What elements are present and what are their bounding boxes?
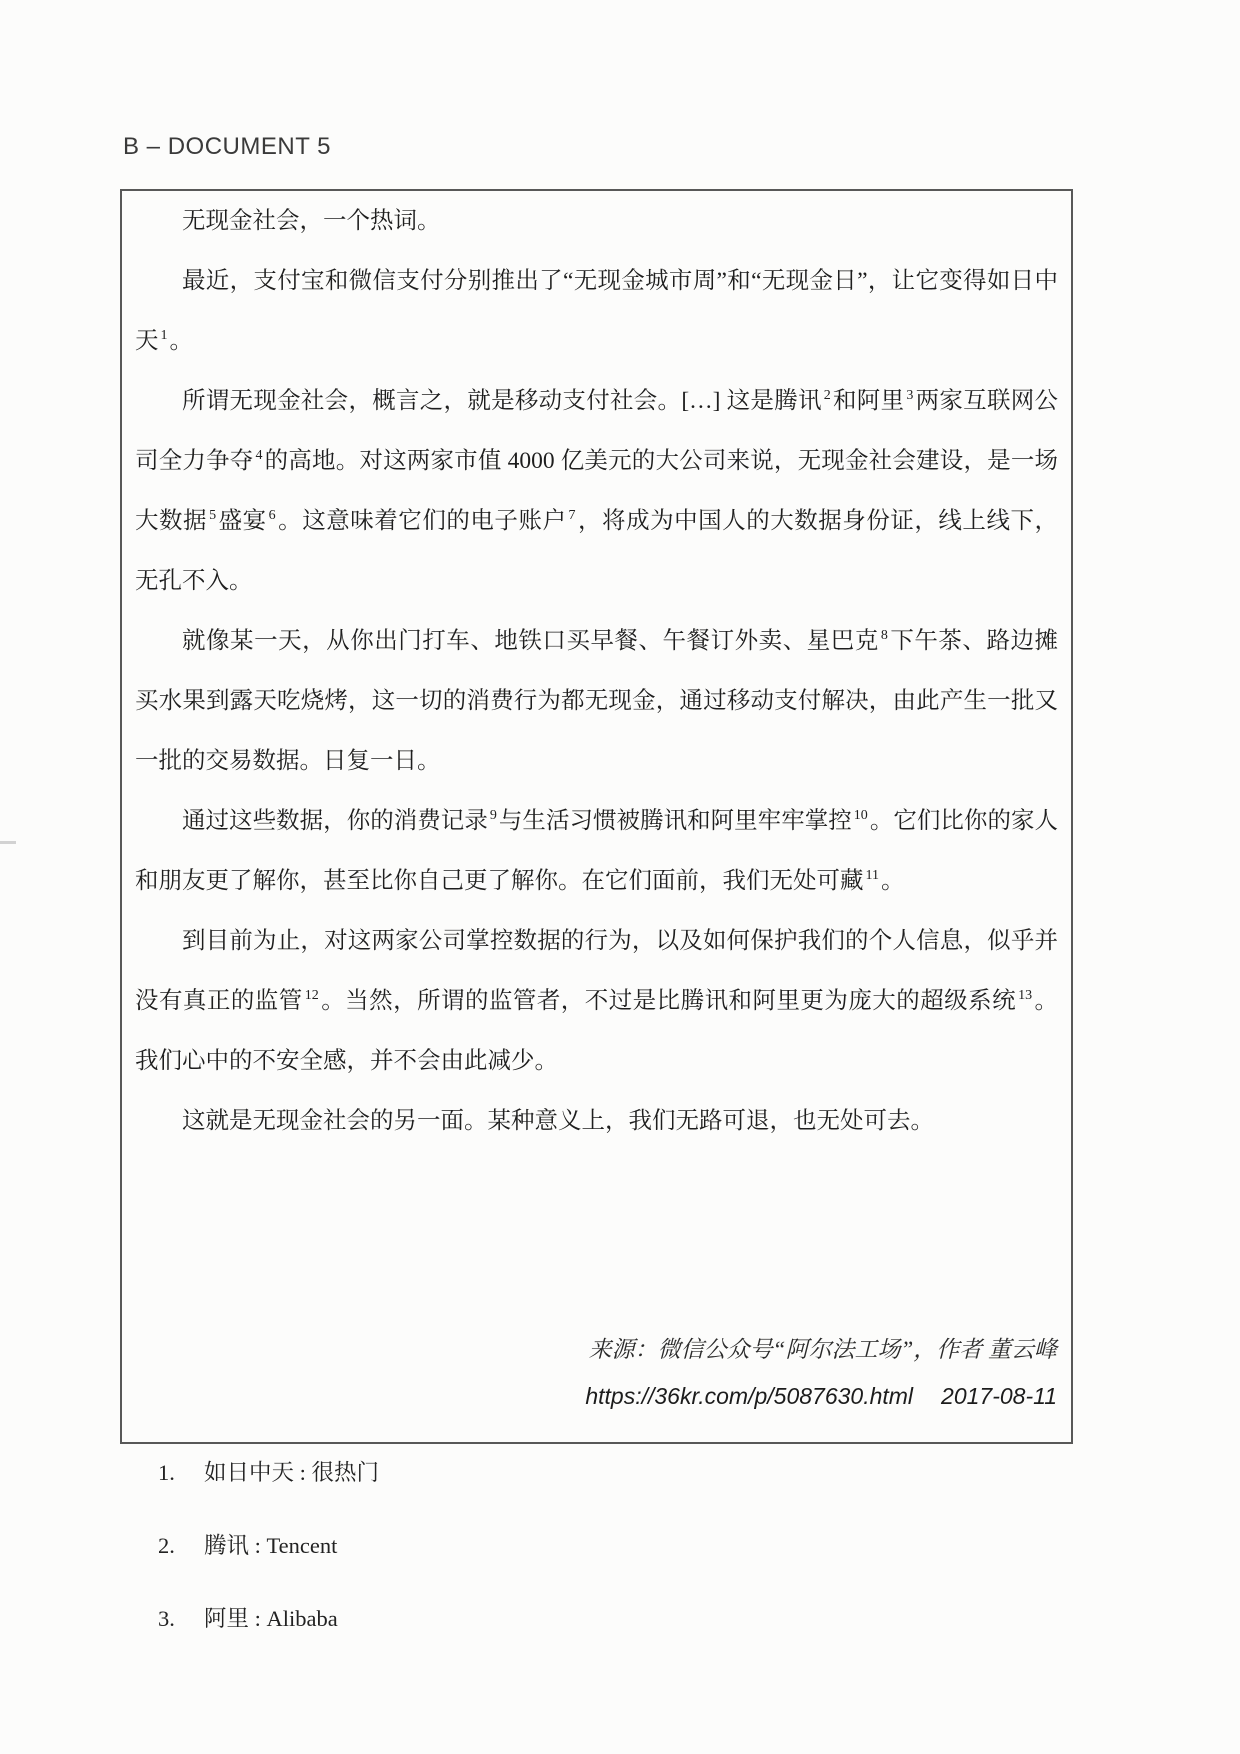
footnote-text: 如日中天 : 很热门: [204, 1460, 379, 1486]
footnote-number: 1.: [158, 1460, 204, 1486]
footnote-ref: 6: [269, 508, 276, 523]
footnote-item: 2.腾讯 : Tencent: [158, 1533, 379, 1559]
article-paragraph: 这就是无现金社会的另一面。某种意义上，我们无路可退，也无处可去。: [135, 1091, 1058, 1151]
article-paragraph: 最近，支付宝和微信支付分别推出了“无现金城市周”和“无现金日”，让它变得如日中天…: [135, 251, 1058, 371]
footnote-ref: 5: [209, 508, 216, 523]
footnote-ref: 1: [161, 328, 168, 343]
footnote-number: 2.: [158, 1533, 204, 1559]
footnote-ref: 7: [569, 508, 576, 523]
article-paragraph: 所谓无现金社会，概言之，就是移动支付社会。[…] 这是腾讯2和阿里3两家互联网公…: [135, 371, 1058, 611]
footnotes-list: 1.如日中天 : 很热门2.腾讯 : Tencent3.阿里 : Alibaba: [158, 1460, 379, 1679]
footnote-ref: 4: [255, 448, 262, 463]
source-attribution: 来源：微信公众号“阿尔法工场”，作者 董云峰: [585, 1326, 1057, 1373]
source-url: https://36kr.com/p/5087630.html: [585, 1383, 913, 1409]
article-box: 无现金社会，一个热词。最近，支付宝和微信支付分别推出了“无现金城市周”和“无现金…: [120, 189, 1073, 1444]
scan-artifact: [0, 841, 16, 844]
footnote-text: 腾讯 : Tencent: [204, 1533, 337, 1559]
article-paragraph: 通过这些数据，你的消费记录9与生活习惯被腾讯和阿里牢牢掌控10。它们比你的家人和…: [135, 791, 1058, 911]
footnote-number: 3.: [158, 1606, 204, 1632]
footnote-text: 阿里 : Alibaba: [204, 1606, 338, 1632]
article-paragraph: 无现金社会，一个热词。: [135, 191, 1058, 251]
document-title: B – DOCUMENT 5: [123, 133, 331, 161]
footnote-ref: 13: [1018, 988, 1032, 1003]
footnote-ref: 10: [854, 808, 868, 823]
source-url-line: https://36kr.com/p/5087630.html2017-08-1…: [585, 1373, 1057, 1420]
footnote-ref: 2: [824, 388, 831, 403]
article-paragraph: 到目前为止，对这两家公司掌控数据的行为，以及如何保护我们的个人信息，似乎并没有真…: [135, 911, 1058, 1091]
footnote-item: 3.阿里 : Alibaba: [158, 1606, 379, 1632]
article-paragraphs: 无现金社会，一个热词。最近，支付宝和微信支付分别推出了“无现金城市周”和“无现金…: [135, 191, 1058, 1151]
footnote-ref: 3: [906, 388, 913, 403]
footnote-ref: 8: [881, 628, 888, 643]
document-page: B – DOCUMENT 5 无现金社会，一个热词。最近，支付宝和微信支付分别推…: [0, 0, 1240, 1754]
footnote-ref: 11: [866, 868, 879, 883]
footnote-item: 1.如日中天 : 很热门: [158, 1460, 379, 1486]
footnote-ref: 9: [490, 808, 497, 823]
source-block: 来源：微信公众号“阿尔法工场”，作者 董云峰 https://36kr.com/…: [585, 1326, 1057, 1420]
source-date: 2017-08-11: [941, 1383, 1057, 1409]
article-paragraph: 就像某一天，从你出门打车、地铁口买早餐、午餐订外卖、星巴克8下午茶、路边摊买水果…: [135, 611, 1058, 791]
footnote-ref: 12: [305, 988, 319, 1003]
